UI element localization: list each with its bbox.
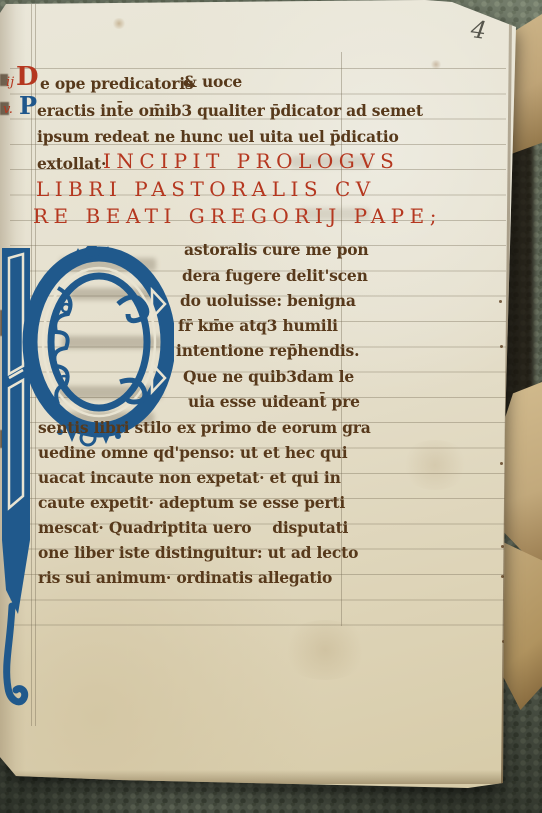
stain (430, 60, 442, 69)
page-bottom-edge (6, 770, 504, 784)
text-line: extollat· (37, 152, 106, 176)
text-line: caute expetit· adeptum se esse perti (38, 491, 345, 515)
margin-chapter-mark: ij (6, 76, 14, 90)
prick-mark (500, 345, 503, 348)
blue-versal-P: P (19, 94, 37, 118)
text-line: Que ne quib3dam le (183, 365, 354, 389)
text-line: sentis libri stilo ex primo de eorum gra (38, 416, 371, 440)
rubric-incipit-line3: RE BEATI GREGORIJ PAPE; (33, 203, 442, 229)
red-versal-D: D (16, 64, 39, 90)
capitula-text: e ope predicatoris (40, 72, 193, 96)
margin-chapter-mark: v. (3, 103, 13, 117)
text-line: do uoluisse: benigna (180, 289, 356, 313)
text-line: uacat incaute non expetat· et qui in (38, 466, 341, 490)
text-line: intentione rep̄hendis. (176, 339, 359, 363)
prick-mark (500, 462, 503, 465)
text-line: uia esse uideant̄ pre (188, 390, 360, 414)
text-line: ipsum redeat ne hunc uel uita uel p̄dica… (37, 125, 399, 149)
text-line: dera fugere delit'scen (182, 264, 368, 288)
text-line: eractis int̄e om̄ib3 qualiter p̄dicator … (37, 99, 423, 123)
manuscript-photo: 4 ij D e ope predicatoris & uoce v. P er… (0, 0, 542, 813)
stain (280, 620, 370, 680)
text-line: astoralis cure me pon (184, 238, 368, 262)
folio-number: 4 (469, 17, 487, 43)
text-line: ris sui animum· ordinatis allegatio (38, 566, 332, 590)
page-shadow-wrapper: 4 ij D e ope predicatoris & uoce v. P er… (0, 0, 542, 813)
text-line: fr̄ km̄e atq3 humili (178, 314, 338, 338)
parchment-page: 4 ij D e ope predicatoris & uoce v. P er… (0, 0, 542, 813)
stain (400, 440, 470, 490)
rubric-incipit-line2: LIBRI PASTORALIS CV (36, 176, 376, 202)
text-line: one liber iste distinguitur: ut ad lecto (38, 541, 358, 565)
text-line: mescat· Quadriptita uero disputati (38, 516, 348, 540)
stain (112, 18, 126, 29)
capitula-tail: & uoce (183, 70, 242, 94)
prick-mark (499, 300, 502, 303)
text-line: uedine omne qd'penso: ut et hec qui (38, 441, 347, 465)
rubric-incipit-line1: INCIPIT PROLOGVS (103, 148, 399, 174)
